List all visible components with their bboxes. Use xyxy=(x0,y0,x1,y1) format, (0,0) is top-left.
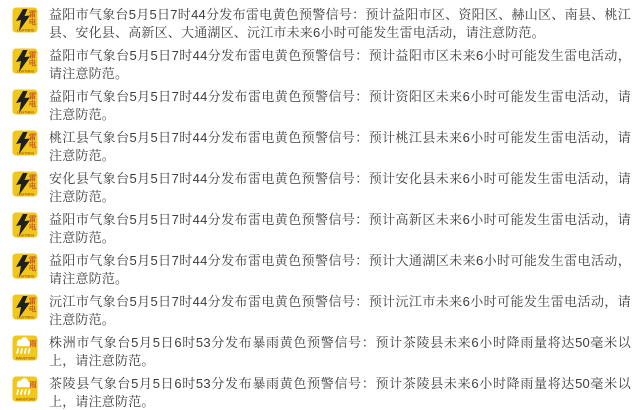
weather-alert-item[interactable]: 雷电LIGHTNING 安化县气象台5月5日7时44分发布雷电黄色预警信号：预计… xyxy=(12,170,632,205)
lightning-warning-icon: 雷电LIGHTNING xyxy=(12,212,38,238)
lightning-warning-icon: 雷电LIGHTNING xyxy=(12,48,38,74)
alert-text: 益阳市气象台5月5日7时44分发布雷电黄色预警信号：预计资阳区未来6小时可能发生… xyxy=(49,88,631,123)
svg-text:电: 电 xyxy=(29,58,37,68)
svg-text:LIGHTNING: LIGHTNING xyxy=(17,316,35,320)
svg-text:电: 电 xyxy=(29,99,37,109)
svg-text:LIGHTNING: LIGHTNING xyxy=(17,193,35,197)
lightning-warning-icon: 雷电LIGHTNING xyxy=(12,171,38,197)
lightning-warning-icon: 雷电LIGHTNING xyxy=(12,294,38,320)
lightning-warning-icon: 雷电LIGHTNING xyxy=(12,253,38,279)
weather-alert-item[interactable]: 雷电LIGHTNING 桃江县气象台5月5日7时44分发布雷电黄色预警信号：预计… xyxy=(12,129,632,164)
svg-text:LIGHTNING: LIGHTNING xyxy=(17,152,35,156)
alert-text: 茶陵县气象台5月5日6时53分发布暴雨黄色预警信号：预计茶陵县未来6小时降雨量将… xyxy=(49,375,631,410)
alert-text: 株洲市气象台5月5日6时53分发布暴雨黄色预警信号：预计茶陵县未来6小时降雨量将… xyxy=(49,334,631,369)
lightning-warning-icon: 雷电LIGHTNING xyxy=(12,130,38,156)
alert-text: 益阳市气象台5月5日7时44分发布雷电黄色预警信号：预计大通湖区未来6小时可能发… xyxy=(49,252,631,287)
svg-text:RAINSTORM: RAINSTORM xyxy=(16,398,35,402)
svg-text:电: 电 xyxy=(29,263,37,273)
alert-text: 益阳市气象台5月5日7时44分发布雷电黄色预警信号：预计益阳市区未来6小时可能发… xyxy=(49,47,631,82)
svg-text:电: 电 xyxy=(29,222,37,232)
svg-text:电: 电 xyxy=(29,304,37,314)
weather-alert-item[interactable]: 雷电LIGHTNING 益阳市气象台5月5日7时44分发布雷电黄色预警信号：预计… xyxy=(12,6,632,41)
alert-text: 桃江县气象台5月5日7时44分发布雷电黄色预警信号：预计桃江县未来6小时可能发生… xyxy=(49,129,631,164)
svg-text:电: 电 xyxy=(29,140,37,150)
weather-alert-item[interactable]: 雨RAINSTORM 茶陵县气象台5月5日6时53分发布暴雨黄色预警信号：预计茶… xyxy=(12,375,632,410)
alert-text: 益阳市气象台5月5日7时44分发布雷电黄色预警信号：预计高新区未来6小时可能发生… xyxy=(49,211,631,246)
weather-alert-item[interactable]: 雷电LIGHTNING 益阳市气象台5月5日7时44分发布雷电黄色预警信号：预计… xyxy=(12,88,632,123)
svg-text:LIGHTNING: LIGHTNING xyxy=(17,234,35,238)
lightning-warning-icon: 雷电LIGHTNING xyxy=(12,89,38,115)
weather-alert-item[interactable]: 雷电LIGHTNING 沅江市气象台5月5日7时44分发布雷电黄色预警信号：预计… xyxy=(12,293,632,328)
weather-alert-item[interactable]: 雨RAINSTORM 株洲市气象台5月5日6时53分发布暴雨黄色预警信号：预计茶… xyxy=(12,334,632,369)
alert-text: 安化县气象台5月5日7时44分发布雷电黄色预警信号：预计安化县未来6小时可能发生… xyxy=(49,170,631,205)
rainstorm-warning-icon: 雨RAINSTORM xyxy=(12,376,38,402)
svg-text:电: 电 xyxy=(29,181,37,191)
svg-text:LIGHTNING: LIGHTNING xyxy=(17,275,35,279)
rainstorm-warning-icon: 雨RAINSTORM xyxy=(12,335,38,361)
alert-text: 沅江市气象台5月5日7时44分发布雷电黄色预警信号：预计沅江市未来6小时可能发生… xyxy=(49,293,631,328)
weather-alert-item[interactable]: 雷电LIGHTNING 益阳市气象台5月5日7时44分发布雷电黄色预警信号：预计… xyxy=(12,47,632,82)
alert-text: 益阳市气象台5月5日7时44分发布雷电黄色预警信号：预计益阳市区、资阳区、赫山区… xyxy=(49,6,631,41)
weather-alert-item[interactable]: 雷电LIGHTNING 益阳市气象台5月5日7时44分发布雷电黄色预警信号：预计… xyxy=(12,211,632,246)
svg-text:LIGHTNING: LIGHTNING xyxy=(17,29,35,33)
weather-alert-item[interactable]: 雷电LIGHTNING 益阳市气象台5月5日7时44分发布雷电黄色预警信号：预计… xyxy=(12,252,632,287)
svg-text:雨: 雨 xyxy=(29,338,37,348)
lightning-warning-icon: 雷电LIGHTNING xyxy=(12,7,38,33)
svg-text:LIGHTNING: LIGHTNING xyxy=(17,111,35,115)
svg-text:雨: 雨 xyxy=(29,379,37,389)
svg-text:RAINSTORM: RAINSTORM xyxy=(16,357,35,361)
weather-alert-list: 雷电LIGHTNING 益阳市气象台5月5日7时44分发布雷电黄色预警信号：预计… xyxy=(0,0,640,410)
svg-text:LIGHTNING: LIGHTNING xyxy=(17,70,35,74)
svg-text:电: 电 xyxy=(29,17,37,27)
